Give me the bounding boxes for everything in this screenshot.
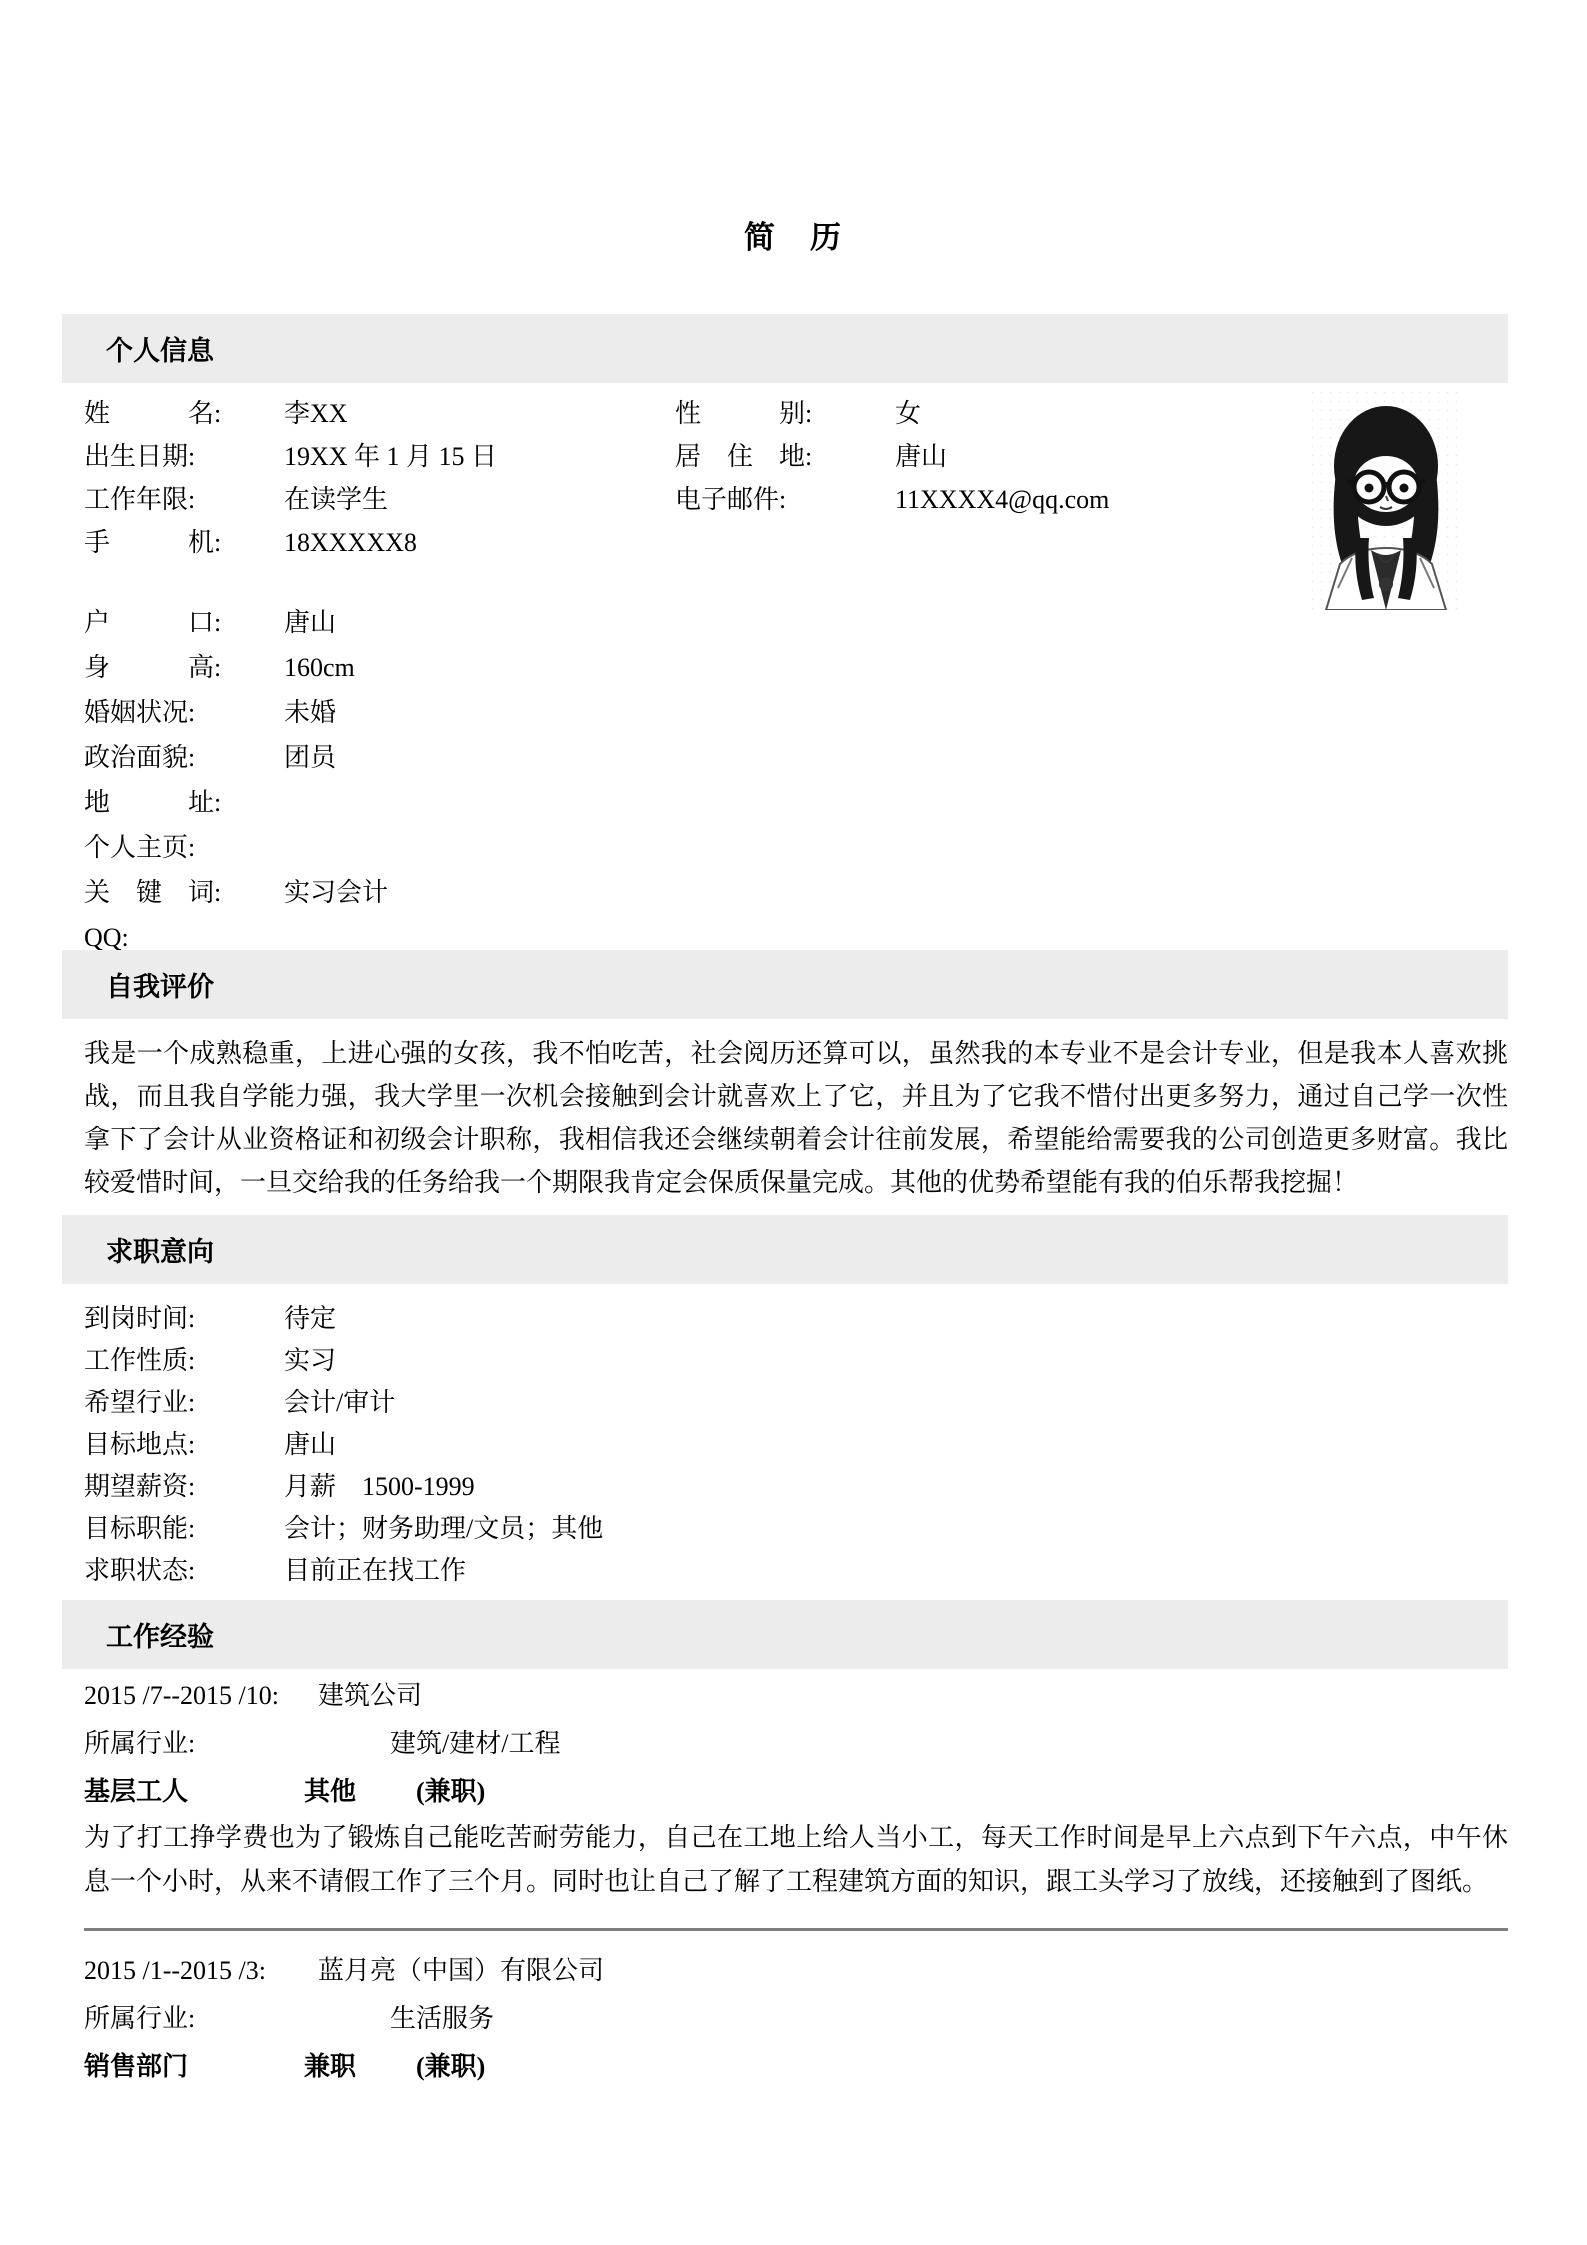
field-row: 到岗时间:待定: [62, 1298, 1508, 1340]
field-row: 目标地点:唐山: [62, 1424, 1508, 1466]
field-label: 所属行业:: [84, 1720, 390, 1768]
field-value: 18XXXXX8: [284, 528, 417, 557]
field-label: 目标职能:: [84, 1508, 284, 1550]
field-row: 婚姻状况:未婚: [62, 690, 1508, 735]
field-pair: 电子邮件:11XXXX4@qq.com: [675, 478, 1109, 521]
avatar-illustration: [1308, 388, 1464, 610]
field-label: 政治面貌:: [84, 735, 284, 780]
field-value: 160cm: [284, 653, 355, 682]
job-period: 2015 /7--2015 /10:: [84, 1672, 318, 1720]
field-label: 户 口:: [84, 600, 284, 645]
field-label: 姓 名:: [84, 392, 284, 435]
job-industry: 建筑/建材/工程: [390, 1729, 560, 1758]
job-industry-row: 所属行业:生活服务: [62, 1995, 1508, 2043]
section-heading: 个人信息: [106, 329, 214, 368]
field-row: 求职状态:目前正在找工作: [62, 1550, 1508, 1592]
section-header-personal-info: 个人信息: [62, 314, 1508, 383]
field-row: 政治面貌:团员: [62, 735, 1508, 780]
field-value: 会计；财务助理/文员；其他: [284, 1514, 603, 1543]
work-experience-list: 2015 /7--2015 /10:建筑公司 所属行业:建筑/建材/工程 基层工…: [62, 1672, 1508, 2091]
field-row: 目标职能:会计；财务助理/文员；其他: [62, 1508, 1508, 1550]
section-header-self-evaluation: 自我评价: [62, 950, 1508, 1019]
field-value: 唐山: [284, 608, 336, 637]
field-label: 手 机:: [84, 521, 284, 564]
field-label: 电子邮件:: [675, 478, 895, 521]
job-entry: 2015 /7--2015 /10:建筑公司 所属行业:建筑/建材/工程 基层工…: [62, 1672, 1508, 1904]
job-title-row: 销售部门兼职(兼职): [62, 2043, 1508, 2091]
job-company: 蓝月亮（中国）有限公司: [318, 1956, 604, 1985]
field-value: 女: [895, 399, 921, 428]
job-position: 基层工人: [84, 1768, 304, 1816]
field-value: 李XX: [284, 399, 348, 428]
section-heading: 求职意向: [106, 1230, 214, 1269]
profile-photo: [1308, 388, 1464, 610]
job-company: 建筑公司: [318, 1681, 422, 1710]
field-label: 目标地点:: [84, 1424, 284, 1466]
field-row: 出生日期:19XX 年 1 月 15 日 居 住 地:唐山: [62, 435, 1508, 478]
section-header-job-intention: 求职意向: [62, 1215, 1508, 1284]
section-heading: 工作经验: [106, 1615, 214, 1654]
section-heading: 自我评价: [106, 965, 214, 1004]
field-label: 婚姻状况:: [84, 690, 284, 735]
section-header-work-experience: 工作经验: [62, 1600, 1508, 1669]
field-row: 身 高:160cm: [62, 645, 1508, 690]
job-period: 2015 /1--2015 /3:: [84, 1947, 318, 1995]
field-pair: 工作年限:在读学生: [84, 485, 388, 514]
field-row: 个人主页:: [62, 825, 1508, 870]
field-row: 姓 名:李XX 性 别:女: [62, 392, 1508, 435]
job-intention-fields: 到岗时间:待定 工作性质:实习 希望行业:会计/审计 目标地点:唐山 期望薪资:…: [62, 1298, 1508, 1592]
field-label: 到岗时间:: [84, 1298, 284, 1340]
field-value: 实习: [284, 1346, 336, 1375]
field-value: 未婚: [284, 698, 336, 727]
field-label: 期望薪资:: [84, 1466, 284, 1508]
field-value: 实习会计: [284, 878, 388, 907]
job-employment-note: (兼职): [416, 1777, 485, 1806]
field-value: 19XX 年 1 月 15 日: [284, 442, 497, 471]
field-row: 期望薪资:月薪 1500-1999: [62, 1466, 1508, 1508]
field-row: 关 键 词:实习会计: [62, 870, 1508, 915]
page-title: 简 历: [0, 212, 1587, 254]
field-label: 希望行业:: [84, 1382, 284, 1424]
field-label: 工作性质:: [84, 1340, 284, 1382]
field-value: 目前正在找工作: [284, 1556, 466, 1585]
job-position: 销售部门: [84, 2043, 304, 2091]
field-row: 户 口:唐山: [62, 600, 1508, 645]
field-pair: 出生日期:19XX 年 1 月 15 日: [84, 442, 497, 471]
field-value: 在读学生: [284, 485, 388, 514]
job-description: 为了打工挣学费也为了锻炼自己能吃苦耐劳能力，自己在工地上给人当小工，每天工作时间…: [84, 1816, 1508, 1904]
field-value: 唐山: [895, 442, 947, 471]
field-row: 手 机:18XXXXX8: [62, 521, 1508, 564]
job-category: 兼职: [304, 2043, 416, 2091]
field-label: 关 键 词:: [84, 870, 284, 915]
field-value: 待定: [284, 1304, 336, 1333]
field-pair: 姓 名:李XX: [84, 399, 348, 428]
field-value: 团员: [284, 743, 336, 772]
field-label: 工作年限:: [84, 478, 284, 521]
field-label: 出生日期:: [84, 435, 284, 478]
field-value: 11XXXX4@qq.com: [895, 485, 1109, 514]
field-label: 个人主页:: [84, 825, 284, 870]
field-pair: 居 住 地:唐山: [675, 435, 947, 478]
field-pair: 性 别:女: [675, 392, 921, 435]
field-row: 工作年限:在读学生 电子邮件:11XXXX4@qq.com: [62, 478, 1508, 521]
job-title-row: 基层工人其他(兼职): [62, 1768, 1508, 1816]
field-row: 地 址:: [62, 780, 1508, 825]
job-date-row: 2015 /1--2015 /3:蓝月亮（中国）有限公司: [62, 1947, 1508, 1995]
field-label: 求职状态:: [84, 1550, 284, 1592]
field-label: 居 住 地:: [675, 435, 895, 478]
field-label: 所属行业:: [84, 1995, 390, 2043]
job-divider: [84, 1928, 1508, 1931]
personal-info-detail-fields: 户 口:唐山 身 高:160cm 婚姻状况:未婚 政治面貌:团员 地 址: 个人…: [62, 600, 1508, 960]
field-value: 唐山: [284, 1430, 336, 1459]
field-label: 地 址:: [84, 780, 284, 825]
job-industry: 生活服务: [390, 2004, 494, 2033]
field-value: 会计/审计: [284, 1388, 395, 1417]
field-row: 希望行业:会计/审计: [62, 1382, 1508, 1424]
field-label: 性 别:: [675, 392, 895, 435]
field-label: 身 高:: [84, 645, 284, 690]
field-row: 工作性质:实习: [62, 1340, 1508, 1382]
job-employment-note: (兼职): [416, 2052, 485, 2081]
job-entry: 2015 /1--2015 /3:蓝月亮（中国）有限公司 所属行业:生活服务 销…: [62, 1947, 1508, 2091]
job-industry-row: 所属行业:建筑/建材/工程: [62, 1720, 1508, 1768]
field-pair: 手 机:18XXXXX8: [84, 528, 417, 557]
personal-info-basic-fields: 姓 名:李XX 性 别:女 出生日期:19XX 年 1 月 15 日 居 住 地…: [62, 392, 1508, 564]
job-date-row: 2015 /7--2015 /10:建筑公司: [62, 1672, 1508, 1720]
self-evaluation-text: 我是一个成熟稳重，上进心强的女孩，我不怕吃苦，社会阅历还算可以，虽然我的本专业不…: [84, 1032, 1508, 1204]
field-value: 月薪 1500-1999: [284, 1472, 475, 1501]
job-category: 其他: [304, 1768, 416, 1816]
